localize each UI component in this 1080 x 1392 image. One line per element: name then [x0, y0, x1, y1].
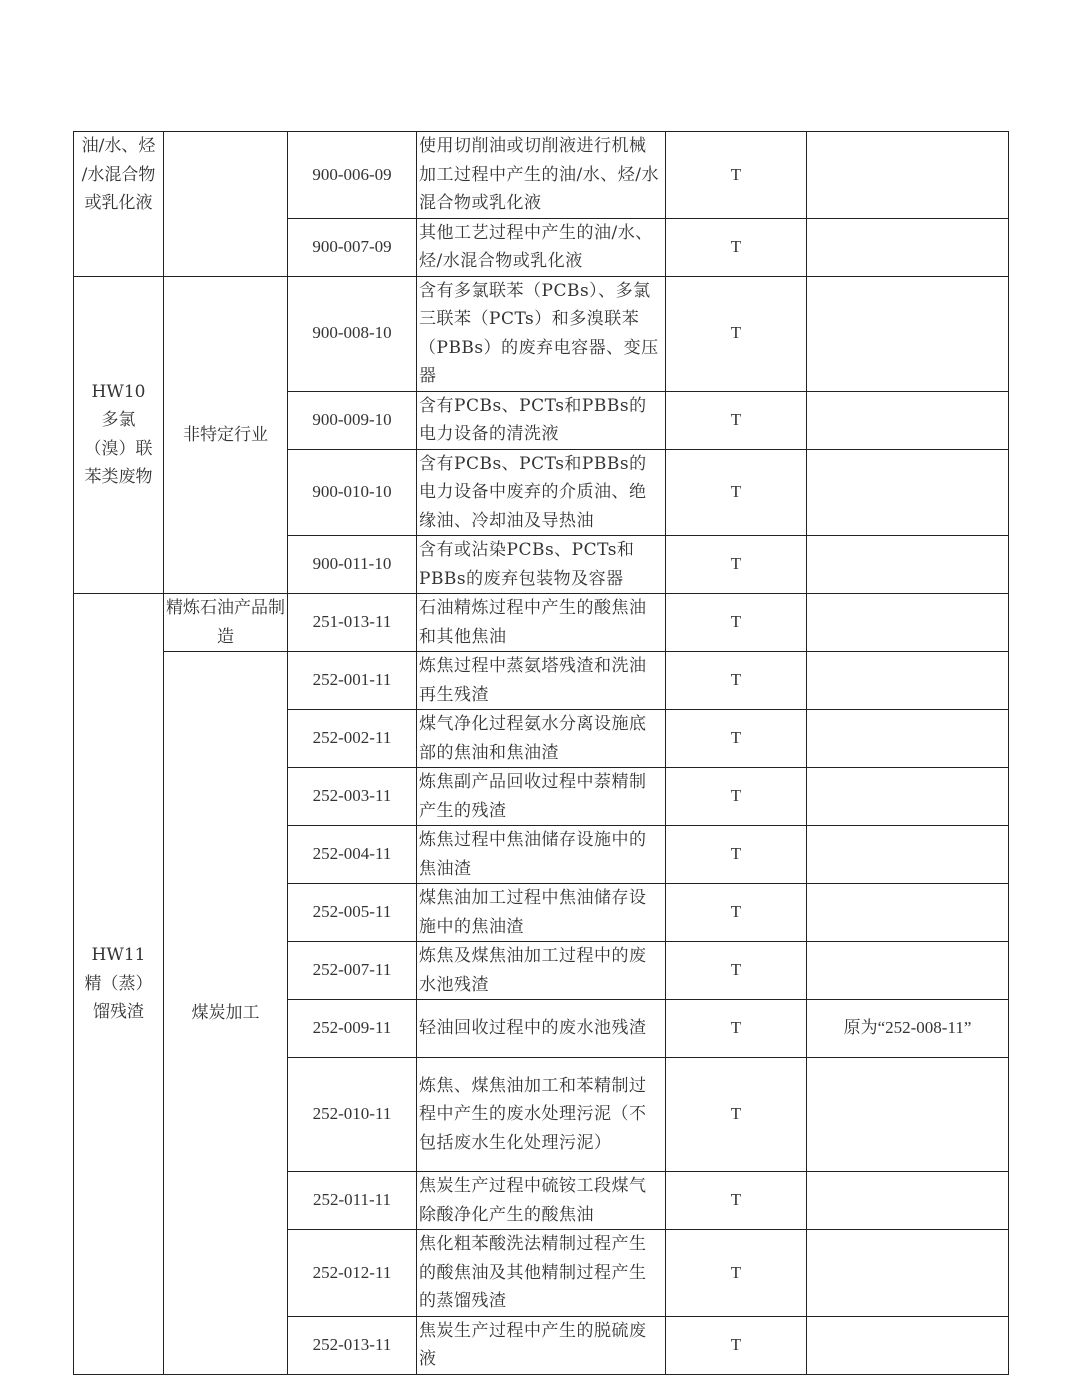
waste-description: 含有或沾染PCBs、PCTs和PBBs的废弃包装物及容器	[417, 536, 666, 594]
industry-cell	[164, 132, 288, 277]
hazard-characteristic: T	[666, 1316, 807, 1374]
waste-description: 含有PCBs、PCTs和PBBs的电力设备的清洗液	[417, 391, 666, 449]
waste-description: 焦炭生产过程中产生的脱硫废液	[417, 1316, 666, 1374]
waste-code: 251-013-11	[288, 594, 417, 652]
hazard-characteristic: T	[666, 218, 807, 276]
hazard-characteristic: T	[666, 391, 807, 449]
waste-code: 252-013-11	[288, 1316, 417, 1374]
note-cell	[807, 1058, 1009, 1172]
waste-description: 煤焦油加工过程中焦油储存设施中的焦油渣	[417, 884, 666, 942]
industry-cell: 非特定行业	[164, 276, 288, 594]
hazard-characteristic: T	[666, 1000, 807, 1058]
waste-description: 含有多氯联苯（PCBs）、多氯三联苯（PCTs）和多溴联苯（PBBs）的废弃电容…	[417, 276, 666, 391]
waste-code: 900-007-09	[288, 218, 417, 276]
hazard-characteristic: T	[666, 1230, 807, 1317]
waste-code: 252-011-11	[288, 1172, 417, 1230]
waste-description: 煤气净化过程氨水分离设施底部的焦油和焦油渣	[417, 710, 666, 768]
waste-code: 900-006-09	[288, 132, 417, 219]
hazard-characteristic: T	[666, 942, 807, 1000]
hazard-characteristic: T	[666, 768, 807, 826]
waste-code: 900-010-10	[288, 449, 417, 536]
waste-category-cell: 油/水、烃 /水混合物 或乳化液	[74, 132, 164, 277]
industry-cell: 煤炭加工	[164, 652, 288, 1375]
waste-description: 炼焦过程中蒸氨塔残渣和洗油再生残渣	[417, 652, 666, 710]
note-cell-original-code: 原为“252-008-11”	[807, 1000, 1009, 1058]
waste-description: 轻油回收过程中的废水池残渣	[417, 1000, 666, 1058]
note-cell	[807, 1316, 1009, 1374]
category-line: 精（蒸）	[76, 970, 161, 999]
hazard-characteristic: T	[666, 594, 807, 652]
category-line: HW11	[76, 941, 161, 970]
waste-description: 含有PCBs、PCTs和PBBs的电力设备中废弃的介质油、绝缘油、冷却油及导热油	[417, 449, 666, 536]
category-line: /水混合物	[76, 161, 161, 190]
note-cell	[807, 942, 1009, 1000]
note-cell	[807, 1172, 1009, 1230]
note-cell	[807, 449, 1009, 536]
note-cell	[807, 884, 1009, 942]
industry-cell: 精炼石油产品制造	[164, 594, 288, 652]
waste-code: 900-011-10	[288, 536, 417, 594]
waste-code: 252-001-11	[288, 652, 417, 710]
category-line: （溴）联	[76, 435, 161, 464]
note-cell	[807, 536, 1009, 594]
category-line: 多氯	[76, 406, 161, 435]
hazard-characteristic: T	[666, 1058, 807, 1172]
hazard-characteristic: T	[666, 710, 807, 768]
waste-code: 252-005-11	[288, 884, 417, 942]
hazard-characteristic: T	[666, 652, 807, 710]
waste-description: 炼焦及煤焦油加工过程中的废水池残渣	[417, 942, 666, 1000]
note-cell	[807, 768, 1009, 826]
waste-description: 焦化粗苯酸洗法精制过程产生的酸焦油及其他精制过程产生的蒸馏残渣	[417, 1230, 666, 1317]
category-line: 油/水、烃	[76, 132, 161, 161]
waste-code: 252-004-11	[288, 826, 417, 884]
category-line: 苯类废物	[76, 463, 161, 492]
note-cell	[807, 710, 1009, 768]
note-cell	[807, 594, 1009, 652]
waste-code: 252-007-11	[288, 942, 417, 1000]
category-line: HW10	[76, 378, 161, 407]
waste-description: 炼焦、煤焦油加工和苯精制过程中产生的废水处理污泥（不包括废水生化处理污泥）	[417, 1058, 666, 1172]
hazard-characteristic: T	[666, 449, 807, 536]
category-line: 或乳化液	[76, 189, 161, 218]
waste-code: 252-009-11	[288, 1000, 417, 1058]
table-row: 煤炭加工 252-001-11 炼焦过程中蒸氨塔残渣和洗油再生残渣 T	[74, 652, 1009, 710]
waste-description: 使用切削油或切削液进行机械加工过程中产生的油/水、烃/水混合物或乳化液	[417, 132, 666, 219]
hazard-characteristic: T	[666, 132, 807, 219]
note-cell	[807, 652, 1009, 710]
category-line: 馏残渣	[76, 998, 161, 1027]
note-cell	[807, 218, 1009, 276]
hazard-characteristic: T	[666, 536, 807, 594]
table-row: 油/水、烃 /水混合物 或乳化液 900-006-09 使用切削油或切削液进行机…	[74, 132, 1009, 219]
waste-code: 900-008-10	[288, 276, 417, 391]
waste-description: 炼焦过程中焦油储存设施中的焦油渣	[417, 826, 666, 884]
hazardous-waste-table: 油/水、烃 /水混合物 或乳化液 900-006-09 使用切削油或切削液进行机…	[73, 131, 1009, 1375]
waste-category-cell: HW11 精（蒸） 馏残渣	[74, 594, 164, 1375]
note-cell	[807, 826, 1009, 884]
note-cell	[807, 1230, 1009, 1317]
table-row: HW11 精（蒸） 馏残渣 精炼石油产品制造 251-013-11 石油精炼过程…	[74, 594, 1009, 652]
waste-code: 252-002-11	[288, 710, 417, 768]
hazard-characteristic: T	[666, 884, 807, 942]
waste-description: 石油精炼过程中产生的酸焦油和其他焦油	[417, 594, 666, 652]
waste-code: 252-003-11	[288, 768, 417, 826]
note-cell	[807, 132, 1009, 219]
waste-code: 252-012-11	[288, 1230, 417, 1317]
note-cell	[807, 276, 1009, 391]
waste-code: 900-009-10	[288, 391, 417, 449]
waste-description: 炼焦副产品回收过程中萘精制产生的残渣	[417, 768, 666, 826]
waste-category-cell: HW10 多氯 （溴）联 苯类废物	[74, 276, 164, 594]
note-cell	[807, 391, 1009, 449]
table-row: HW10 多氯 （溴）联 苯类废物 非特定行业 900-008-10 含有多氯联…	[74, 276, 1009, 391]
hazard-characteristic: T	[666, 276, 807, 391]
waste-description: 其他工艺过程中产生的油/水、烃/水混合物或乳化液	[417, 218, 666, 276]
waste-description: 焦炭生产过程中硫铵工段煤气除酸净化产生的酸焦油	[417, 1172, 666, 1230]
hazard-characteristic: T	[666, 826, 807, 884]
waste-code: 252-010-11	[288, 1058, 417, 1172]
hazard-characteristic: T	[666, 1172, 807, 1230]
